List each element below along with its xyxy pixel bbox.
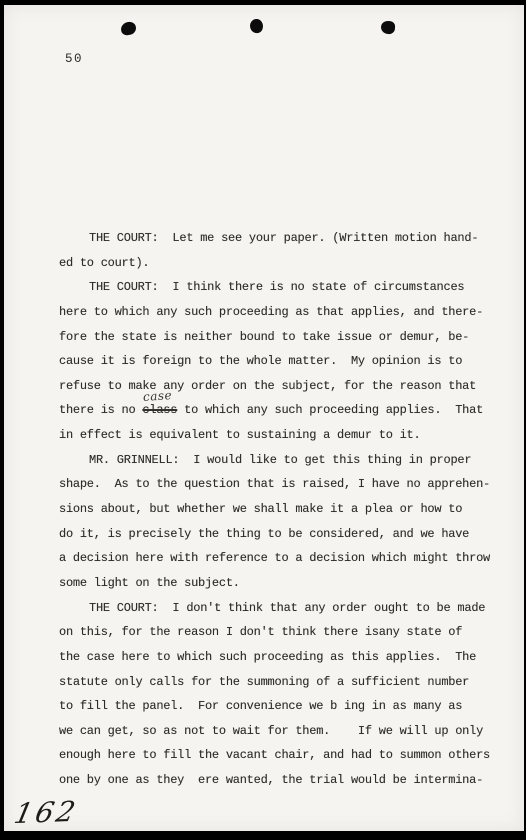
transcript-line: the case here to which such proceeding a…: [59, 645, 503, 670]
ink-blot-icon: [120, 21, 137, 36]
transcript-line: THE COURT: I think there is no state of …: [59, 275, 503, 300]
ink-blot-icon: [381, 21, 396, 35]
transcript-line: THE COURT: I don't think that any order …: [59, 596, 503, 621]
transcript-line: in effect is equivalent to sustaining a …: [59, 423, 503, 448]
transcript-line: a decision here with reference to a deci…: [59, 546, 503, 571]
transcript-line: some light on the subject.: [59, 571, 503, 596]
transcript-line: cause it is foreign to the whole matter.…: [59, 349, 503, 374]
transcript-line: here to which any such proceeding as tha…: [59, 300, 503, 325]
line-text-after: to which any such proceeding applies. Th…: [177, 403, 483, 417]
transcript-line: on this, for the reason I don't think th…: [59, 620, 503, 645]
line-text-before: there is no: [59, 403, 142, 417]
transcript-line: we can get, so as not to wait for them. …: [59, 719, 503, 744]
ink-blot-icon: [249, 18, 264, 34]
handwritten-sheet-number: 162: [11, 795, 81, 830]
transcript-line: shape. As to the question that is raised…: [59, 472, 503, 497]
transcript-line: do it, is precisely the thing to be cons…: [59, 522, 503, 547]
transcript-line: to fill the panel. For convenience we b …: [59, 694, 503, 719]
scanned-page: 50 THE COURT: Let me see your paper. (Wr…: [0, 0, 526, 840]
page-number: 50: [65, 52, 83, 66]
transcript-line: fore the state is neither bound to take …: [59, 325, 503, 350]
transcript-text: THE COURT: Let me see your paper. (Writt…: [59, 226, 503, 793]
transcript-line: sions about, but whether we shall make i…: [59, 497, 503, 522]
transcript-line: THE COURT: Let me see your paper. (Writt…: [59, 226, 503, 251]
transcript-line: ed to court).: [59, 251, 503, 276]
corrected-word: caseclass: [142, 398, 177, 423]
transcript-line: refuse to make any order on the subject,…: [59, 374, 503, 399]
handwritten-correction: case: [143, 383, 174, 410]
transcript-line-with-correction: there is no caseclass to which any such …: [59, 398, 503, 423]
transcript-line: enough here to fill the vacant chair, an…: [59, 743, 503, 768]
transcript-line: statute only calls for the summoning of …: [59, 670, 503, 695]
transcript-line: MR. GRINNELL: I would like to get this t…: [59, 448, 503, 473]
transcript-line: one by one as they ere wanted, the trial…: [59, 768, 503, 793]
